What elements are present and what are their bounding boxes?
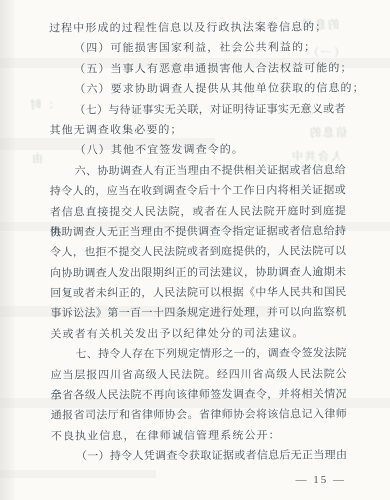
document-text-block: 过程中形成的过程性信息以及行政执法案卷信息的；（四）可能损害国家利益，社会公共利…: [49, 17, 347, 467]
document-line: （四）可能损害国家利益，社会公共利益的；: [49, 38, 345, 60]
document-line: 六、协助调查人有正当理由不提供相关证据或者信息给: [50, 160, 346, 182]
document-line: （一）持令人凭调查令获取证据或者信息后无正当理由: [51, 446, 347, 468]
document-line: 持令人的，应当在收到调查令后十个工作日内将相关证据或: [50, 180, 346, 202]
document-line: 七、持令人存在下列规定情形之一的，调查令签发法院: [50, 344, 346, 366]
bleedthrough-ghost-text: 由: [30, 150, 43, 166]
document-line: 其他无调查收集必要的；: [49, 119, 345, 141]
scan-edge-band: [0, 0, 16, 500]
document-line: 事诉讼法》第一百一十四条规定进行处理，并可以向监察机: [50, 303, 346, 325]
document-line: 令人，也拒不提交人民法院或者到庭提供的，人民法院可以: [50, 242, 346, 264]
scanned-document-page: 的息司（一）信息的人合共中由：时 过程中形成的过程性信息以及行政执法案卷信息的；…: [0, 0, 390, 500]
document-line: 关或者有关机关发出予以纪律处分的司法建议。: [50, 323, 346, 345]
document-line: 不良执业信息，在律师诚信管理系统公开：: [51, 425, 347, 447]
document-line: 回复或者未纠正的，人民法院可以根据《中华人民共和国民: [50, 282, 346, 304]
document-line: （七）与待证事实无关联，对证明待证事实无意义或者: [49, 99, 345, 121]
document-line: 过程中形成的过程性信息以及行政执法案卷信息的；: [49, 17, 345, 39]
document-line: 协助调查人无正当理由不提供调查令指定证据或者信息给持: [50, 221, 346, 243]
document-line: （六）要求协助调查人提供从其他单位获取的信息的；: [49, 79, 345, 101]
document-line: 者信息直接提交人民法院，或者在人民法院开庭时到庭提供。: [50, 201, 346, 223]
document-line: 向协助调查人发出限期纠正的司法建议，协助调查人逾期未: [50, 262, 346, 284]
document-line: 应当层报四川省高级人民法院。经四川省高级人民法院公示，: [51, 364, 347, 386]
document-line: （八）其他不宜签发调查令的。: [50, 140, 346, 162]
scan-streak: [0, 470, 156, 478]
document-line: 全省各级人民法院不再向该律师签发调查令，并将相关情况: [51, 384, 347, 406]
document-line: （五）当事人有恶意串通损害他人合法权益可能的；: [49, 58, 345, 80]
document-line: 通报省司法厅和省律师协会。省律师协会将该信息记入律师: [51, 405, 347, 427]
page-number: — 15 —: [296, 474, 347, 486]
